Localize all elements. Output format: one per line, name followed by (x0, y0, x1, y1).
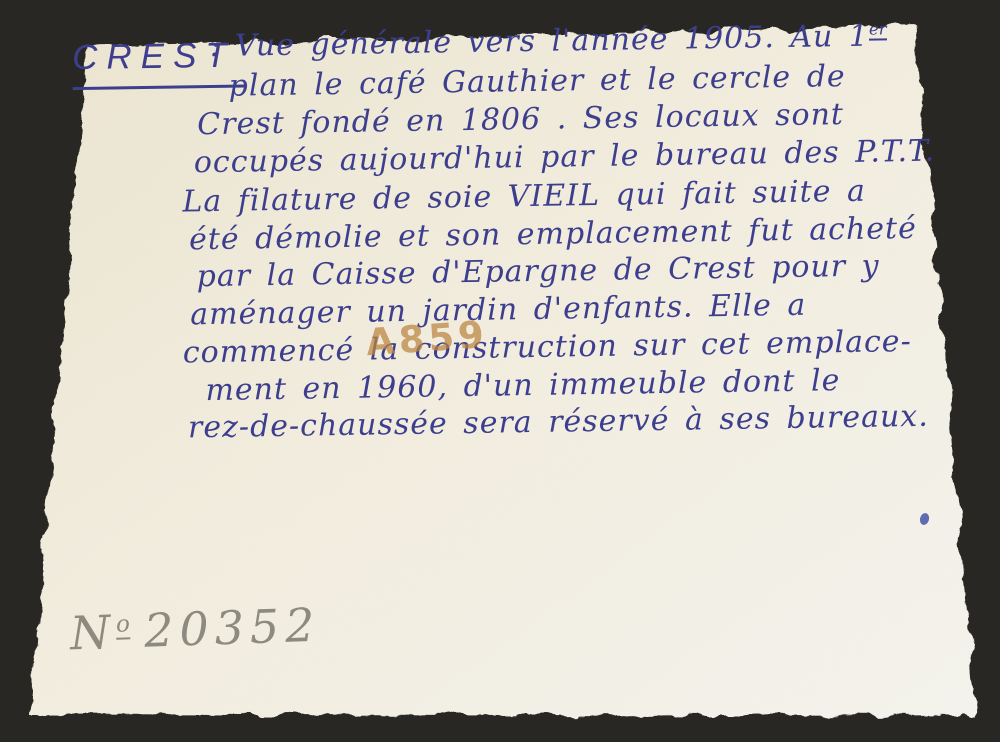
note-line-5: La filature de soie VIEIL qui fait suite… (182, 177, 866, 218)
title-separator: : (210, 29, 222, 64)
note-line-4: occupés aujourd'hui par le bureau des P.… (194, 137, 936, 179)
catalog-number-prefix: N (69, 605, 117, 661)
catalog-number: No20352 (69, 598, 321, 661)
note-line-3: Crest fondé en 1806 . Ses locaux sont (197, 100, 844, 140)
catalog-number-prefix-superscript: o (116, 611, 131, 639)
note-line-8: aménager un jardin d'enfants. Elle a (190, 291, 807, 331)
note-line-11: rez-de-chaussée sera réservé à ses burea… (188, 402, 929, 444)
note-line-2: plan le café Gauthier et le cercle de (228, 62, 845, 102)
catalog-number-value: 20352 (143, 598, 321, 658)
archive-stamp: A859 (365, 313, 490, 364)
scanned-photo-back: CREST :Vue générale vers l'année 1905. A… (0, 0, 1000, 742)
note-line-7: par la Caisse d'Epargne de Crest pour y (196, 252, 879, 293)
note-line-10: ment en 1960, d'un immeuble dont le (205, 366, 840, 406)
note-line-1: :Vue générale vers l'année 1905. Au 1er (210, 21, 887, 62)
note-line-1-text: Vue générale vers l'année 1905. Au 1 (235, 19, 869, 64)
note-line-9: commencé la construction sur cet emplace… (183, 327, 912, 368)
ordinal-superscript: er (869, 19, 887, 40)
